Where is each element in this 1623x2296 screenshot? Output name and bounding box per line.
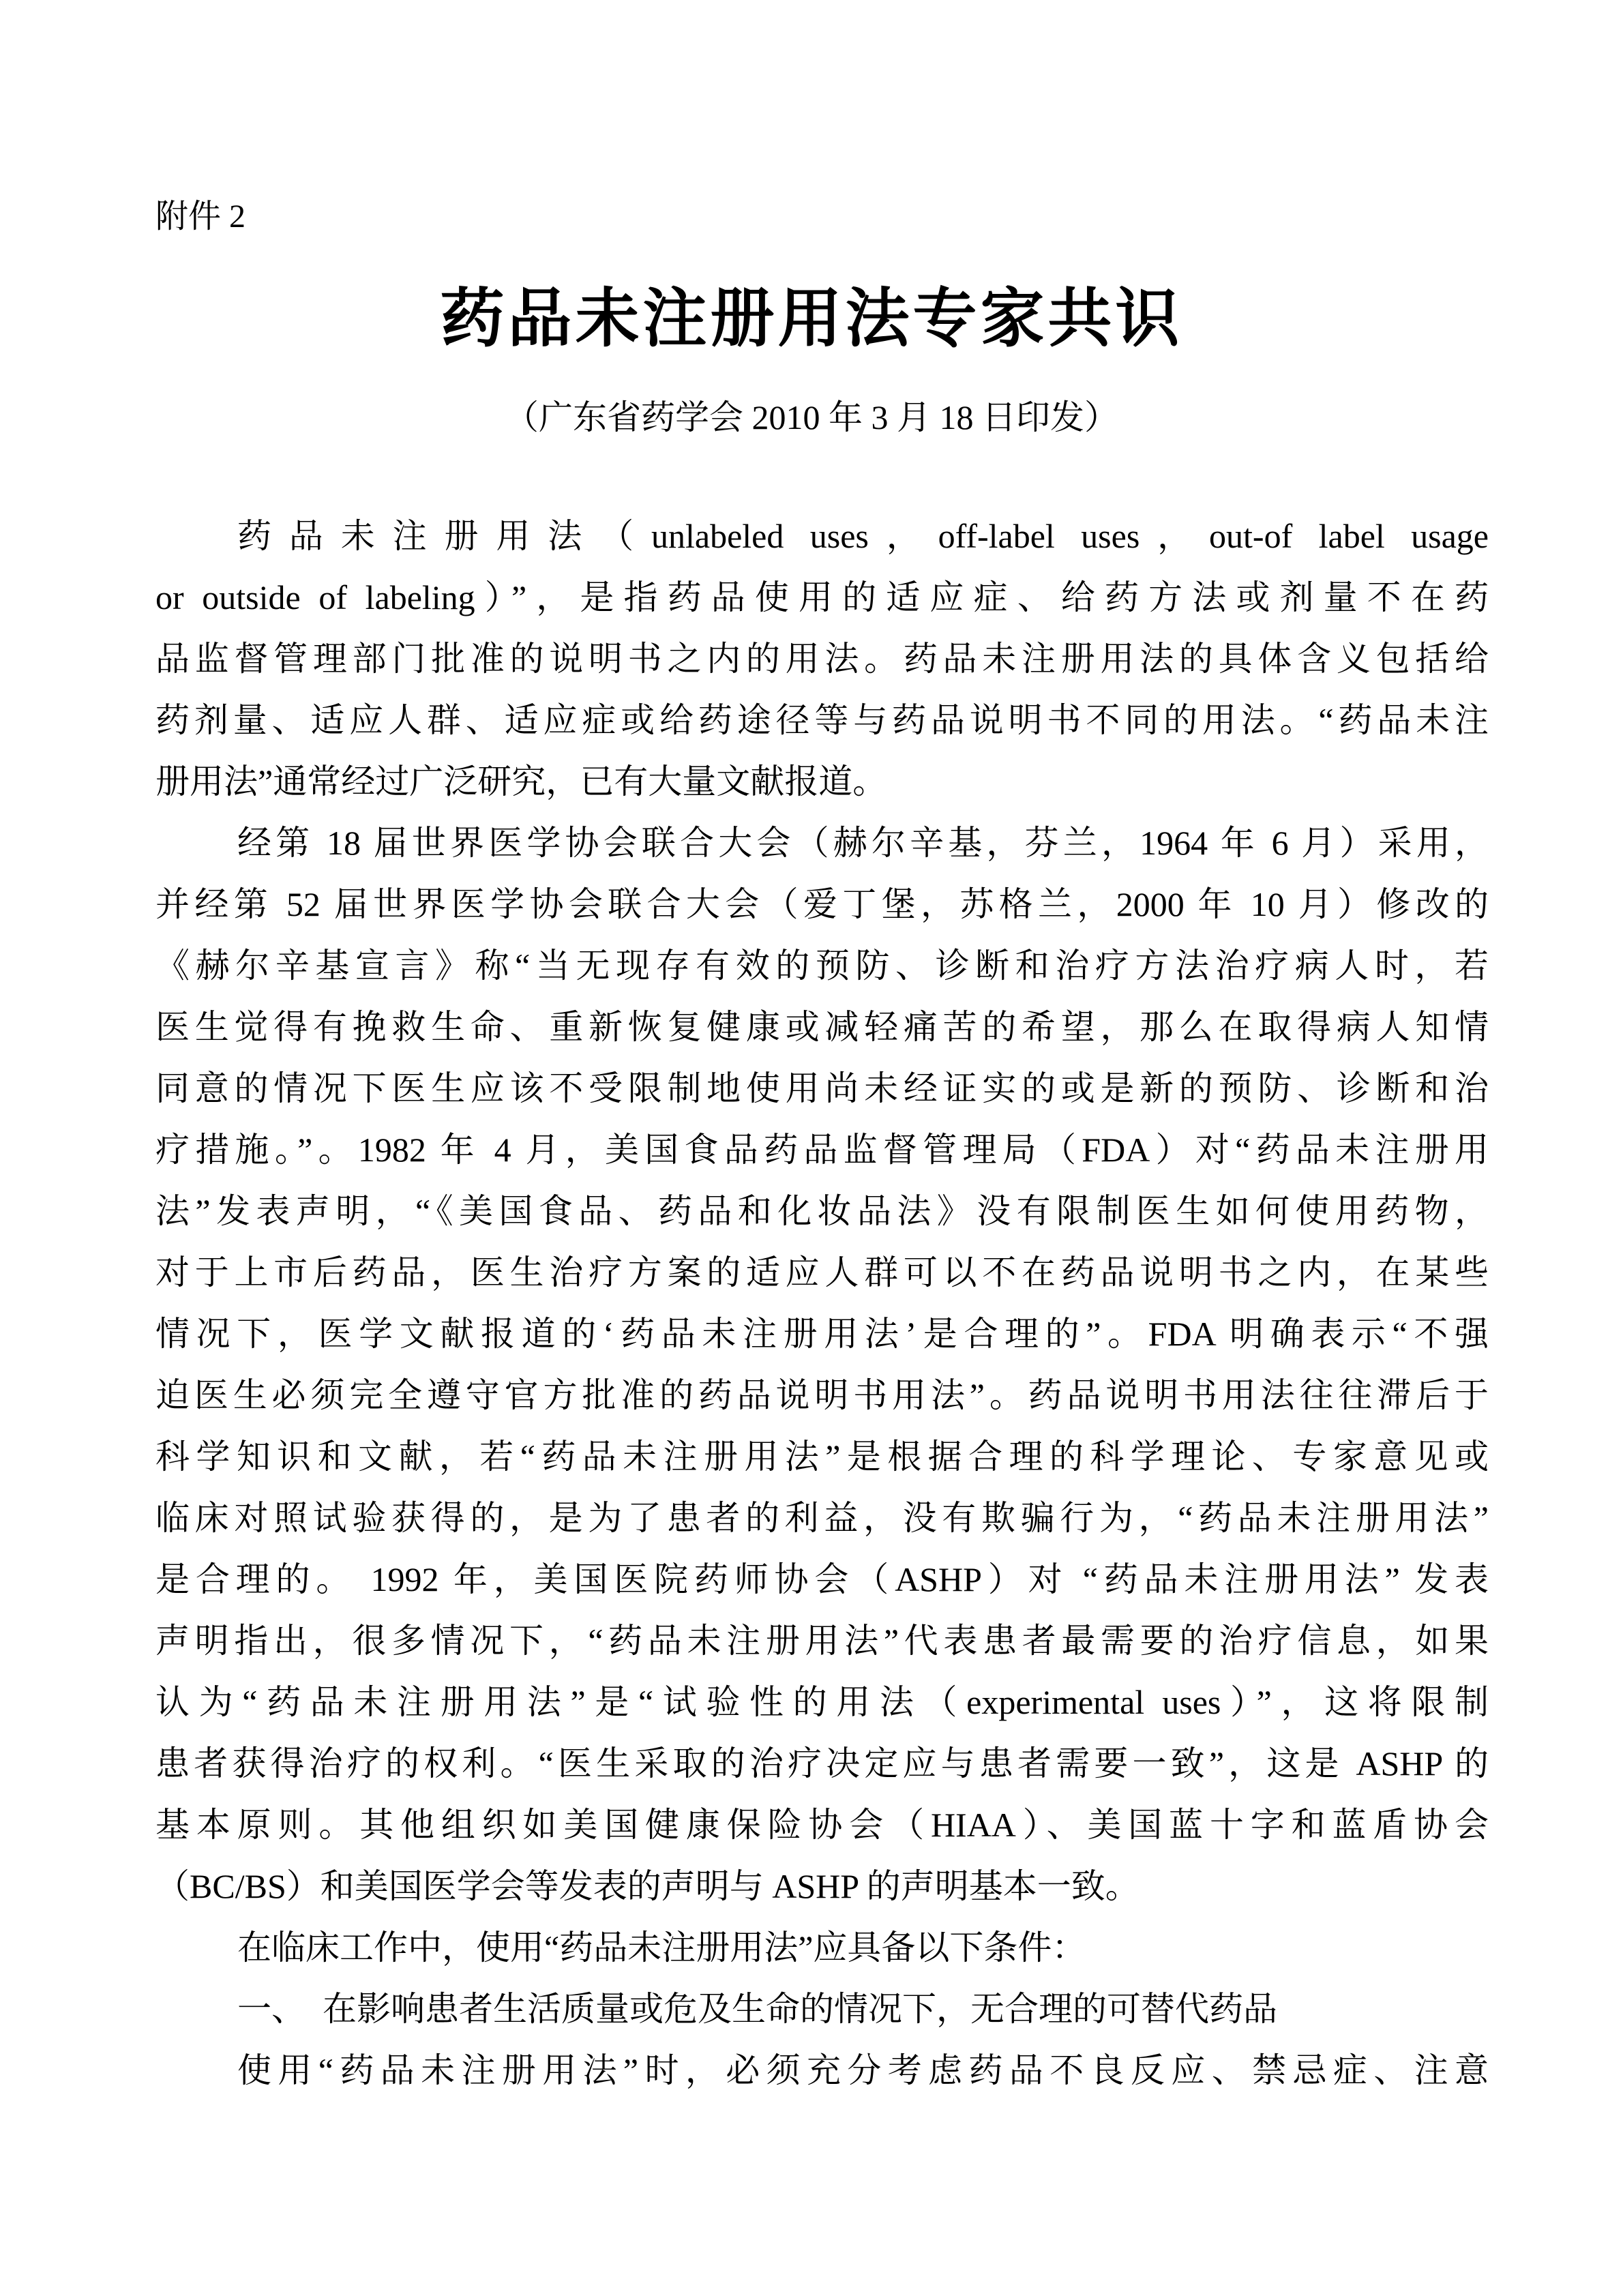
body-line: 是合理的。 1992 年，美国医院药师协会（ASHP）对 “药品未注册用法” 发… <box>155 1549 1489 1610</box>
body-line: 患者获得治疗的权利。“医生采取的治疗决定应与患者需要一致”，这是 ASHP 的 <box>155 1733 1489 1794</box>
body-line: 对于上市后药品，医生治疗方案的适应人群可以不在药品说明书之内，在某些 <box>155 1242 1489 1303</box>
body-line: or outside of labeling）”，是指药品使用的适应症、给药方法… <box>155 567 1489 628</box>
body-line: 疗措施。”。1982 年 4 月，美国食品药品监督管理局（FDA）对“药品未注册… <box>155 1119 1489 1180</box>
body-line: 品监督管理部门批准的说明书之内的用法。药品未注册用法的具体含义包括给 <box>155 628 1489 689</box>
body-line: 使用“药品未注册用法”时，必须充分考虑药品不良反应、禁忌症、注意 <box>155 2040 1489 2101</box>
body-line: 同意的情况下医生应该不受限制地使用尚未经证实的或是新的预防、诊断和治 <box>155 1058 1489 1119</box>
body-line: 科学知识和文献，若“药品未注册用法”是根据合理的科学理论、专家意见或 <box>155 1426 1489 1487</box>
body-line: 一、 在影响患者生活质量或危及生命的情况下，无合理的可替代药品 <box>155 1978 1489 2040</box>
body-line: 册用法”通常经过广泛研究，已有大量文献报道。 <box>155 751 1489 812</box>
body-line: 认为“药品未注册用法”是“试验性的用法（experimental uses）”，… <box>155 1671 1489 1733</box>
body-line: 并经第 52 届世界医学协会联合大会（爱丁堡，苏格兰，2000 年 10 月）修… <box>155 874 1489 935</box>
document-subtitle: （广东省药学会 2010 年 3 月 18 日印发） <box>0 396 1623 439</box>
body-line: 临床对照试验获得的，是为了患者的利益，没有欺骗行为，“药品未注册用法” <box>155 1487 1489 1549</box>
document-title: 药品未注册用法专家共识 <box>0 284 1623 355</box>
body-line: 药品未注册用法（unlabeled uses，off-label uses，ou… <box>155 505 1489 567</box>
body-line: 声明指出，很多情况下，“药品未注册用法”代表患者最需要的治疗信息，如果 <box>155 1610 1489 1671</box>
body-line: （BC/BS）和美国医学会等发表的声明与 ASHP 的声明基本一致。 <box>155 1855 1489 1917</box>
attachment-label: 附件 2 <box>155 196 245 237</box>
body-line: 在临床工作中，使用“药品未注册用法”应具备以下条件： <box>155 1917 1489 1978</box>
body-line: 情况下，医学文献报道的‘药品未注册用法’是合理的”。FDA 明确表示“不强 <box>155 1303 1489 1365</box>
body-line: 法”发表声明，“《美国食品、药品和化妆品法》没有限制医生如何使用药物， <box>155 1180 1489 1242</box>
body-line: 经第 18 届世界医学协会联合大会（赫尔辛基，芬兰，1964 年 6 月）采用， <box>155 812 1489 874</box>
body-line: 迫医生必须完全遵守官方批准的药品说明书用法”。药品说明书用法往往滞后于 <box>155 1365 1489 1426</box>
body-line: 医生觉得有挽救生命、重新恢复健康或减轻痛苦的希望，那么在取得病人知情 <box>155 996 1489 1058</box>
body-line: 基本原则。其他组织如美国健康保险协会（HIAA）、美国蓝十字和蓝盾协会 <box>155 1794 1489 1855</box>
document-body: 药品未注册用法（unlabeled uses，off-label uses，ou… <box>155 505 1489 2101</box>
document-page: 附件 2 药品未注册用法专家共识 （广东省药学会 2010 年 3 月 18 日… <box>0 0 1623 2296</box>
body-line: 《赫尔辛基宣言》称“当无现存有效的预防、诊断和治疗方法治疗病人时，若 <box>155 935 1489 996</box>
body-line: 药剂量、适应人群、适应症或给药途径等与药品说明书不同的用法。“药品未注 <box>155 689 1489 751</box>
